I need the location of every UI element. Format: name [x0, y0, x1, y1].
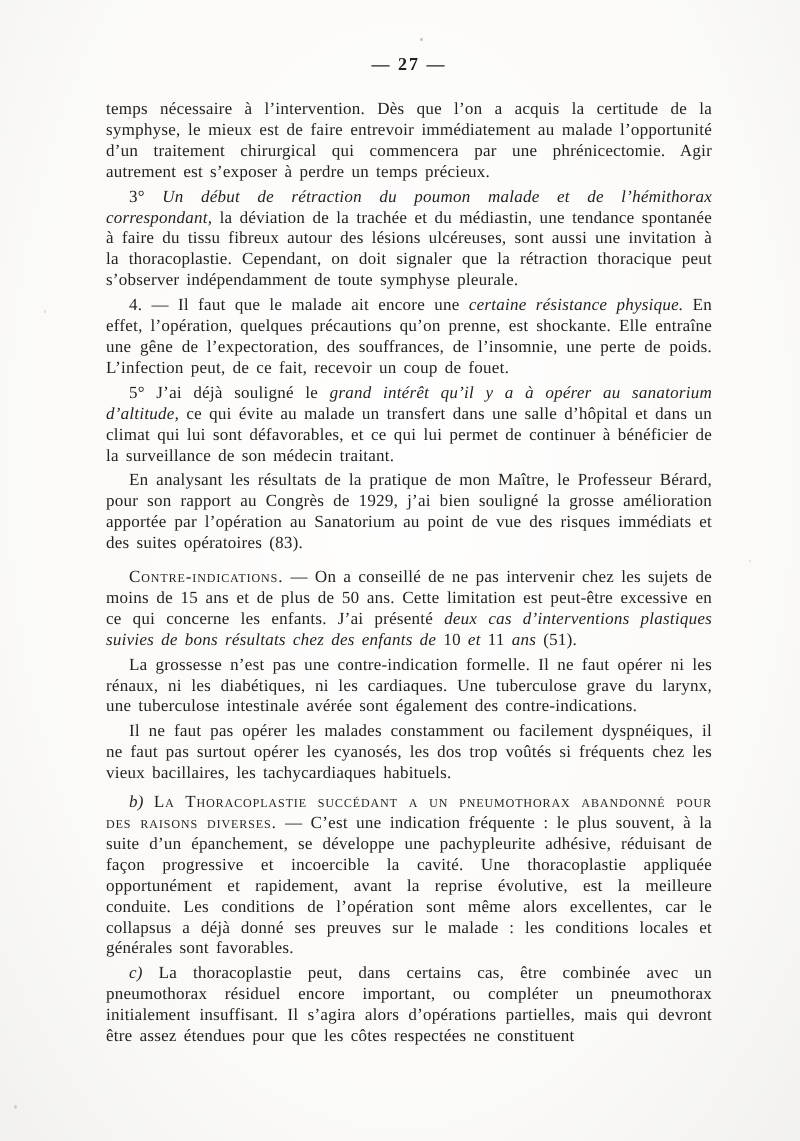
- page-text: temps nécessaire à l’intervention. Dès q…: [106, 99, 712, 1047]
- text-run-normal: 5° J’ai déjà souligné le: [129, 383, 330, 402]
- paragraph: 4. — Il faut que le malade ait encore un…: [106, 295, 712, 379]
- scan-speck: [44, 310, 46, 313]
- text-run-normal: Il ne faut pas opérer les malades consta…: [106, 721, 712, 782]
- scan-speck: [128, 117, 130, 119]
- scan-speck: [749, 560, 751, 562]
- text-run-normal: 4. — Il faut que le malade ait encore un…: [129, 295, 469, 314]
- paragraph: Il ne faut pas opérer les malades consta…: [106, 721, 712, 784]
- paragraph: 5° J’ai déjà souligné le grand intérêt q…: [106, 383, 712, 467]
- scan-speck: [420, 38, 423, 41]
- text-run-italic: et: [461, 630, 488, 649]
- text-run-normal: En analysant les résultats de la pratiqu…: [106, 470, 712, 552]
- paragraph: En analysant les résultats de la pratiqu…: [106, 470, 712, 554]
- paragraph: La grossesse n’est pas une contre-indica…: [106, 655, 712, 718]
- paragraph: temps nécessaire à l’intervention. Dès q…: [106, 99, 712, 183]
- text-run-italic: certaine résistance physique.: [469, 295, 684, 314]
- text-run-normal: ce qui évite au malade un transfert dans…: [106, 404, 712, 465]
- paragraph: b) La Thoracoplastie succédant a un pneu…: [106, 792, 712, 959]
- text-run-normal: La thoracoplastie peut, dans certains ca…: [106, 963, 712, 1045]
- text-run-italic: c): [129, 963, 143, 982]
- text-run-normal: 10: [443, 630, 461, 649]
- text-run-smallcaps: Contre-indications.: [129, 567, 283, 586]
- text-run-normal: 3°: [129, 187, 162, 206]
- text-run-normal: 11: [488, 630, 505, 649]
- paragraph: c) La thoracoplastie peut, dans certains…: [106, 963, 712, 1047]
- text-run-normal: temps nécessaire à l’intervention. Dès q…: [106, 99, 712, 181]
- paragraph: 3° Un début de rétraction du poumon mala…: [106, 187, 712, 292]
- text-run-normal: La grossesse n’est pas une contre-indica…: [106, 655, 712, 716]
- paragraph: Contre-indications. — On a conseillé de …: [106, 567, 712, 651]
- text-run-italic: ans: [505, 630, 536, 649]
- page-number-header: — 27 —: [106, 54, 712, 75]
- text-run-italic: b): [129, 792, 144, 811]
- text-run-normal: — C’est une indication fréquente : le pl…: [106, 813, 712, 957]
- text-run-normal: (51).: [536, 630, 577, 649]
- text-run-normal: [144, 792, 154, 811]
- scan-speck: [14, 1105, 17, 1109]
- document-page: — 27 — temps nécessaire à l’intervention…: [0, 0, 800, 1141]
